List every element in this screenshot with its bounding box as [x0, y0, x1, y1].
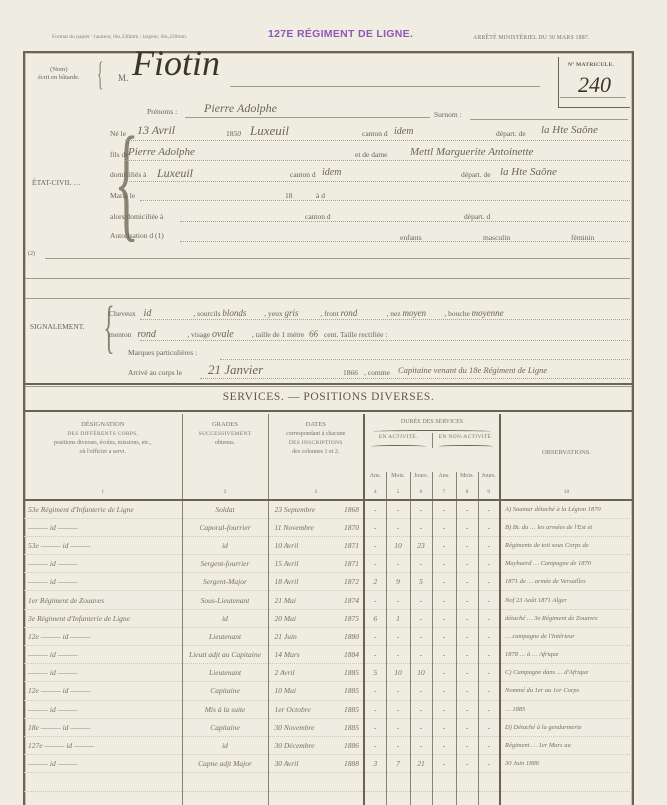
cell-mois-activite: 10	[386, 536, 410, 554]
cell-jours-non-activite: -	[478, 755, 500, 773]
year-value: 1870	[344, 523, 363, 532]
services-body: 53e Régiment d'Infanterie de LigneSoldat…	[24, 500, 632, 805]
cell-grade: Sergent-Major	[182, 573, 268, 591]
col-observations-header: OBSERVATIONS.	[500, 414, 632, 486]
cell-date: 2 Avril1885	[268, 664, 364, 682]
table-row	[24, 773, 632, 791]
cell-jours-non-activite: -	[478, 682, 500, 700]
cell-jours-non-activite: -	[478, 646, 500, 664]
cell-ans-non-activite: -	[432, 591, 456, 609]
cell-observation: C) Campagne dans … d'Afrique	[500, 664, 632, 682]
date-value: 10 Avril	[275, 541, 299, 550]
cell-grade: Mis à la suite	[182, 700, 268, 718]
cell-ans-non-activite: -	[432, 573, 456, 591]
marques-line	[220, 359, 630, 360]
prenoms-line	[185, 117, 430, 118]
cell-mois-non-activite: -	[456, 664, 478, 682]
surnom-label: Surnom :	[434, 110, 462, 119]
table-row: ——— id ———Lieutenant2 Avril188551010---C…	[24, 664, 632, 682]
cell-jours-non-activite: -	[478, 664, 500, 682]
cell-mois-activite: 10	[386, 664, 410, 682]
cell-ans-activite: -	[364, 500, 386, 518]
arrive-year-prefix: 18	[343, 368, 351, 377]
services-table: DÉSIGNATION DES DIFFÉRENTS CORPS, positi…	[24, 414, 632, 805]
cell-ans-activite	[364, 773, 386, 791]
cell-jours-non-activite: -	[478, 536, 500, 554]
cell-mois-activite	[386, 791, 410, 805]
birth-year-prefix: 18	[226, 129, 234, 138]
cell-jours-activite: 5	[410, 573, 432, 591]
marie-label: Marié le	[110, 191, 135, 200]
colnum-8: 8	[456, 486, 478, 500]
cell-jours-non-activite	[478, 773, 500, 791]
comme-value: Capitaine venant du 18e Régiment de Lign…	[398, 365, 547, 375]
cell-jours-activite: -	[410, 591, 432, 609]
cell-mois-non-activite: -	[456, 518, 478, 536]
date-value: 2 Avril	[275, 668, 295, 677]
table-row: ——— id ———Sergent-Major18 Avril1872295--…	[24, 573, 632, 591]
yeux-value: gris	[284, 308, 318, 318]
cell-jours-non-activite: -	[478, 718, 500, 736]
cell-jours-activite: -	[410, 646, 432, 664]
cell-corps: ——— id ———	[24, 646, 182, 664]
comme-label: , comme	[364, 368, 390, 377]
cell-corps: 53e ——— id ———	[24, 536, 182, 554]
surname-line	[230, 86, 540, 87]
designation-title: DÉSIGNATION	[24, 420, 182, 430]
arrive-value: 21 Janvier	[208, 362, 263, 378]
yeux-label: , yeux	[264, 309, 282, 318]
cell-date	[268, 791, 364, 805]
cell-date: 20 Mai1875	[268, 609, 364, 627]
table-row: ——— id ———Mis à la suite1er Octobre1885-…	[24, 700, 632, 718]
brace-icon: {	[97, 58, 104, 92]
cell-jours-activite	[410, 773, 432, 791]
sourcils-value: blonds	[222, 308, 262, 318]
alors-depart-label: départ. d	[464, 212, 490, 221]
mother-label: et de dame	[355, 150, 387, 159]
bouche-label: , bouche	[444, 309, 469, 318]
depart-value: la Hte Saône	[541, 124, 598, 136]
col-designation-header: DÉSIGNATION DES DIFFÉRENTS CORPS, positi…	[24, 414, 182, 486]
cell-mois-activite	[386, 773, 410, 791]
cell-ans-activite: -	[364, 536, 386, 554]
table-row: ——— id ———Caporal-fourrier11 Novembre187…	[24, 518, 632, 536]
cell-jours-non-activite: -	[478, 555, 500, 573]
cell-date: 1er Octobre1885	[268, 700, 364, 718]
domicile-depart-value: la Hte Saône	[500, 166, 557, 178]
domicile-value: Luxeuil	[157, 166, 193, 181]
cell-jours-activite: -	[410, 500, 432, 518]
cell-ans-non-activite: -	[432, 536, 456, 554]
cell-ans-non-activite: -	[432, 664, 456, 682]
signalement-line-1	[140, 319, 630, 320]
cell-ans-non-activite	[432, 791, 456, 805]
cell-mois-activite: -	[386, 555, 410, 573]
colnum-3: 3	[268, 486, 364, 500]
cell-mois-non-activite: -	[456, 700, 478, 718]
duree-title: DURÉE DES SERVICES	[365, 418, 499, 427]
cell-corps: ——— id ———	[24, 555, 182, 573]
cell-ans-activite: 5	[364, 664, 386, 682]
cell-corps: 1er Régiment de Zouaves	[24, 591, 182, 609]
cell-date: 11 Novembre1870	[268, 518, 364, 536]
taille-suffix: cent. Taille rectifiée :	[324, 330, 387, 339]
paper-format-note: Format du papier : hauteur, 0m,330mm ; l…	[52, 34, 187, 40]
cell-grade	[182, 791, 268, 805]
matricule-label: Nº MATRICULE.	[568, 62, 614, 68]
cell-ans-non-activite: -	[432, 555, 456, 573]
table-row: 18e ——— id ———Capitaine30 Novembre1885--…	[24, 718, 632, 736]
nez-label: , nez	[386, 309, 400, 318]
birth-year-value: 50	[234, 129, 242, 138]
cell-jours-activite: -	[410, 555, 432, 573]
date-value: 30 Avril	[275, 759, 299, 768]
cell-corps: ——— id ———	[24, 573, 182, 591]
col-jours-non-activite: Jours.	[478, 472, 500, 486]
dates-sub1: correspondant à chacune	[269, 430, 364, 439]
ne-le-label: Né le	[110, 129, 126, 138]
cell-ans-activite: -	[364, 736, 386, 754]
date-value: 30 Novembre	[275, 723, 315, 732]
cell-date: 30 Avril1888	[268, 755, 364, 773]
cell-jours-non-activite: -	[478, 736, 500, 754]
front-label: , front	[320, 309, 338, 318]
sourcils-label: , sourcils	[193, 309, 220, 318]
cell-ans-activite: -	[364, 718, 386, 736]
cell-ans-activite: -	[364, 627, 386, 645]
signalement-row-2: menton rond , visage ovale , taille de 1…	[109, 329, 387, 340]
autorisation-label: Autorisation d (1)	[110, 231, 164, 240]
signalement-label: SIGNALEMENT.	[30, 322, 85, 331]
note2-label: (2)	[28, 251, 35, 257]
cell-date: 23 Septembre1868	[268, 500, 364, 518]
m-prefix: M.	[118, 73, 128, 83]
year-value: 1884	[344, 650, 363, 659]
cell-mois-activite: -	[386, 591, 410, 609]
canton-value: idem	[394, 126, 413, 137]
cell-mois-non-activite: -	[456, 500, 478, 518]
date-value: 18 Avril	[275, 577, 299, 586]
marie-place-label: à d	[316, 191, 325, 200]
cell-observation: Régiments de toit sous Corps de	[500, 536, 632, 554]
nom-label: (Nom)	[38, 66, 80, 74]
cell-corps: ——— id ———	[24, 664, 182, 682]
year-value: 1880	[344, 632, 363, 641]
en-non-activite-group: EN NON-ACTIVITÉ.	[433, 433, 500, 448]
cell-mois-activite: -	[386, 718, 410, 736]
prenoms-value: Pierre Adolphe	[204, 101, 277, 116]
visage-label: , visage	[187, 330, 210, 339]
nom-label-block: (Nom) écrit en bâtarde.	[38, 66, 80, 82]
cell-corps: 3e Régiment d'Infanterie de Ligne	[24, 609, 182, 627]
cell-mois-activite: 7	[386, 755, 410, 773]
grades-title: GRADES	[183, 420, 268, 430]
colnum-1: 1	[24, 486, 182, 500]
cheveux-value: id	[138, 308, 192, 319]
cell-observation: 30 Juin 1886	[500, 755, 632, 773]
cell-jours-activite: -	[410, 627, 432, 645]
en-activite-label: EN ACTIVITÉ.	[365, 433, 432, 442]
colnum-9: 9	[478, 486, 500, 500]
depart-label: départ. de	[496, 129, 526, 138]
prenoms-label: Prénoms :	[147, 107, 177, 116]
cell-grade: Capitaine	[182, 718, 268, 736]
date-value: 21 Juin	[275, 632, 297, 641]
table-row: ——— id ———Sergent-fourrier15 Avril1871--…	[24, 555, 632, 573]
cell-mois-non-activite: -	[456, 755, 478, 773]
fils-line	[125, 160, 630, 161]
cell-ans-activite: -	[364, 518, 386, 536]
designation-sub1: DES DIFFÉRENTS CORPS,	[24, 430, 182, 439]
menton-value: rond	[133, 329, 185, 340]
col-mois-non-activite: Mois.	[456, 472, 478, 486]
year-value: 1885	[344, 723, 363, 732]
cell-mois-non-activite: -	[456, 536, 478, 554]
cell-mois-activite: -	[386, 627, 410, 645]
front-value: rond	[341, 308, 385, 318]
ne-le-value: 13 Avril	[137, 123, 175, 138]
cell-ans-activite: -	[364, 646, 386, 664]
domicile-canton-value: idem	[322, 167, 341, 178]
year-value: 1888	[344, 759, 363, 768]
cell-jours-activite: -	[410, 609, 432, 627]
grades-sub2: obtenus.	[183, 439, 268, 448]
cell-mois-activite: -	[386, 736, 410, 754]
taille-label: , taille de 1 mètre	[252, 330, 304, 339]
cell-observation: Mayhaerd … Campagne de 1870	[500, 555, 632, 573]
table-row: ——— id ———Lieutt adjt au Capitaine14 Mar…	[24, 646, 632, 664]
arrive-year: 1866	[343, 368, 358, 377]
cell-observation: … 1885	[500, 700, 632, 718]
date-value: 21 Mai	[275, 596, 296, 605]
cell-mois-non-activite: -	[456, 646, 478, 664]
colnum-7: 7	[432, 486, 456, 500]
birth-year: 1850	[226, 129, 241, 138]
cell-jours-activite	[410, 791, 432, 805]
cell-corps: 18e ——— id ———	[24, 718, 182, 736]
cell-mois-non-activite	[456, 773, 478, 791]
en-non-activite-flourish	[439, 445, 494, 448]
surnom-line	[470, 119, 628, 120]
domicile-depart-label: départ. de	[461, 170, 491, 179]
designation-sub3: où l'officier a servi.	[24, 448, 182, 457]
menton-label: menton	[109, 330, 132, 339]
dates-title: DATES	[269, 420, 364, 430]
cell-date: 14 Mars1884	[268, 646, 364, 664]
father-value: Pierre Adolphe	[128, 146, 195, 158]
cell-corps: ——— id ———	[24, 755, 182, 773]
alors-line	[180, 221, 630, 222]
cell-mois-activite: -	[386, 682, 410, 700]
services-top-rule-thin	[25, 386, 632, 387]
cell-jours-non-activite: -	[478, 700, 500, 718]
designation-sub2: positions diverses, écoles, missions, et…	[24, 439, 182, 448]
cell-jours-non-activite: -	[478, 609, 500, 627]
cell-date: 10 Mai1885	[268, 682, 364, 700]
col-dates-header: DATES correspondant à chacune DES INSCRI…	[268, 414, 364, 486]
cell-corps: 12e ——— id ———	[24, 682, 182, 700]
cell-date: 21 Mai1874	[268, 591, 364, 609]
services-title: SERVICES. — POSITIONS DIVERSES.	[23, 391, 634, 403]
cell-jours-activite: -	[410, 736, 432, 754]
cell-observation: Nommé du 1er au 1er Corps	[500, 682, 632, 700]
cell-jours-activite: -	[410, 718, 432, 736]
services-header-rule	[25, 410, 632, 412]
table-row: 127e ——— id ———id30 Décembre1886------Ré…	[24, 736, 632, 754]
cell-ans-non-activite	[432, 773, 456, 791]
table-row: 12e ——— id ———Lieutenant21 Juin1880-----…	[24, 627, 632, 645]
table-row: 3e Régiment d'Infanterie de Ligneid20 Ma…	[24, 609, 632, 627]
cell-jours-activite: -	[410, 518, 432, 536]
col-ans-non-activite: Ans.	[432, 472, 456, 486]
matricule-value: 240	[578, 72, 611, 98]
cell-corps	[24, 791, 182, 805]
date-value: 10 Mai	[275, 686, 296, 695]
etat-civil-label: ÉTAT-CIVIL …	[32, 178, 81, 187]
arrive-line	[200, 378, 630, 379]
cell-observation	[500, 773, 632, 791]
cell-grade: Lieutt adjt au Capitaine	[182, 646, 268, 664]
alors-canton-label: canton d	[305, 212, 331, 221]
alors-label: alors domiciliée à	[110, 212, 163, 221]
en-non-activite-label: EN NON-ACTIVITÉ.	[433, 433, 500, 442]
year-value: 1874	[344, 596, 363, 605]
colnum-6: 6	[410, 486, 432, 500]
date-value: 14 Mars	[275, 650, 300, 659]
domicile-line	[125, 181, 630, 182]
year-value: 1871	[344, 541, 363, 550]
nez-value: moyen	[403, 308, 443, 318]
cell-grade: id	[182, 609, 268, 627]
cell-observation: 1871 de … armée de Versailles	[500, 573, 632, 591]
matricule-line	[560, 97, 626, 98]
cell-observation: … campagne de l'Intérieur	[500, 627, 632, 645]
cell-ans-non-activite: -	[432, 736, 456, 754]
cell-observation: 1878 … à … Afrique	[500, 646, 632, 664]
domicile-canton-label: canton d	[290, 170, 316, 179]
cell-grade: id	[182, 536, 268, 554]
cell-ans-activite: -	[364, 591, 386, 609]
cell-date: 30 Décembre1886	[268, 736, 364, 754]
fils-de-label: fils de	[110, 150, 129, 159]
dates-sub3: des colonnes 1 et 2.	[269, 448, 364, 457]
cheveux-label: Cheveux	[109, 309, 136, 318]
cell-grade: Capitaine	[182, 682, 268, 700]
mother-value: Mettl Marguerite Antoinette	[410, 146, 533, 158]
signalement-line-2	[140, 340, 630, 341]
surname: Fiotin	[132, 42, 220, 84]
cell-ans-non-activite: -	[432, 682, 456, 700]
colnum-10: 10	[500, 486, 632, 500]
cell-ans-activite: -	[364, 555, 386, 573]
col-duree-header: DURÉE DES SERVICES EN ACTIVITÉ. EN NON-A…	[364, 414, 500, 472]
cell-mois-activite: -	[386, 500, 410, 518]
date-value: 11 Novembre	[275, 523, 314, 532]
cell-observation: B) Bt. du … les armées de l'Est et	[500, 518, 632, 536]
cell-grade: Caporal-fourrier	[182, 518, 268, 536]
taille-value: 66	[306, 329, 322, 339]
cell-jours-non-activite: -	[478, 518, 500, 536]
cell-ans-non-activite: -	[432, 755, 456, 773]
cell-ans-activite: 6	[364, 609, 386, 627]
cell-corps: 53e Régiment d'Infanterie de Ligne	[24, 500, 182, 518]
marques-label: Marques particulières :	[128, 348, 197, 357]
cell-jours-non-activite	[478, 791, 500, 805]
date-value: 1er Octobre	[275, 705, 311, 714]
cell-observation: Nof 23 Août 1871 Alger	[500, 591, 632, 609]
table-row: 53e Régiment d'Infanterie de LigneSoldat…	[24, 500, 632, 518]
note-line-1	[45, 258, 630, 259]
cell-grade	[182, 773, 268, 791]
dates-sub2: DES INSCRIPTIONS	[269, 439, 364, 448]
cell-mois-non-activite: -	[456, 682, 478, 700]
signalement-brace-icon: {	[103, 298, 114, 356]
date-value: 23 Septembre	[275, 505, 316, 514]
colnum-4: 4	[364, 486, 386, 500]
note-line-3	[25, 298, 630, 299]
decree-note: ARRÊTÉ MINISTÉRIEL DU 30 MARS 1887.	[473, 35, 590, 41]
cell-jours-activite: -	[410, 682, 432, 700]
cell-mois-activite: 1	[386, 609, 410, 627]
cell-ans-activite: 2	[364, 573, 386, 591]
cell-jours-activite: 21	[410, 755, 432, 773]
table-row: ——— id ———Capne adjt Major30 Avril188837…	[24, 755, 632, 773]
cell-corps: ——— id ———	[24, 700, 182, 718]
nom-sublabel: écrit en bâtarde.	[38, 74, 80, 82]
birth-place: Luxeuil	[250, 123, 289, 139]
year-value: 1886	[344, 741, 363, 750]
cell-ans-non-activite: -	[432, 627, 456, 645]
table-row: 53e ——— id ———id10 Avril1871-1023---Régi…	[24, 536, 632, 554]
cell-corps: 12e ——— id ———	[24, 627, 182, 645]
cell-corps: ——— id ———	[24, 518, 182, 536]
cell-mois-non-activite: -	[456, 555, 478, 573]
ne-line	[125, 140, 630, 141]
canton-label: canton d	[362, 129, 388, 138]
cell-jours-activite: -	[410, 700, 432, 718]
cell-corps: 127e ——— id ———	[24, 736, 182, 754]
signalement-row-1: Cheveux id , sourcils blonds , yeux gris…	[109, 308, 504, 319]
cell-grade: Soldat	[182, 500, 268, 518]
domicilies-label: domiciliés à	[110, 170, 146, 179]
col-ans-activite: Ans.	[364, 472, 386, 486]
cell-mois-non-activite: -	[456, 627, 478, 645]
cell-mois-activite: -	[386, 700, 410, 718]
cell-ans-non-activite: -	[432, 718, 456, 736]
col-grades-header: GRADES SUCCESSIVEMENT obtenus.	[182, 414, 268, 486]
cell-mois-activite: -	[386, 646, 410, 664]
cell-date: 15 Avril1871	[268, 555, 364, 573]
marie-year-label: 18	[285, 191, 293, 200]
colnum-2: 2	[182, 486, 268, 500]
table-row: 1er Régiment de ZouavesSous-Lieutenant21…	[24, 591, 632, 609]
year-value: 1871	[344, 559, 363, 568]
arrive-label: Arrivé au corps le	[128, 368, 182, 377]
services-top-rule	[25, 383, 632, 385]
cell-observation	[500, 791, 632, 805]
cell-observation: détaché … 3e Régiment de Zouaves	[500, 609, 632, 627]
arrive-year-value: 66	[351, 368, 359, 377]
table-row	[24, 791, 632, 805]
grades-sub1: SUCCESSIVEMENT	[183, 430, 268, 439]
cell-grade: Lieutenant	[182, 627, 268, 645]
cell-grade: Sergent-fourrier	[182, 555, 268, 573]
col-mois-activite: Mois.	[386, 472, 410, 486]
year-value: 1885	[344, 686, 363, 695]
cell-mois-activite: -	[386, 518, 410, 536]
cell-mois-non-activite: -	[456, 573, 478, 591]
